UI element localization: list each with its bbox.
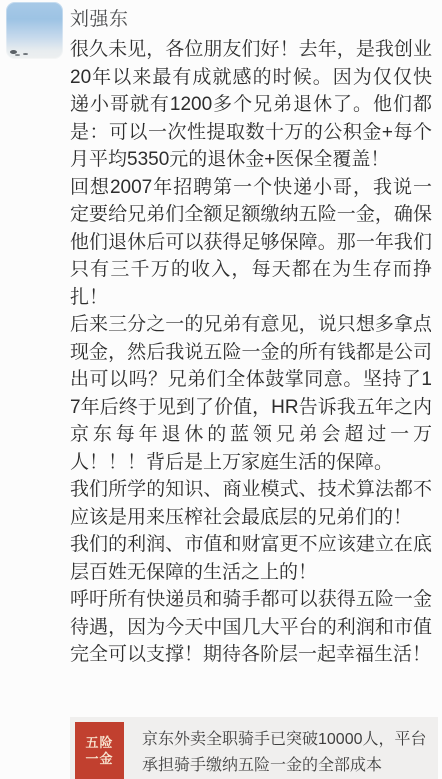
shared-link-card[interactable]: 五险 一金 京东外卖全职骑手已突破10000人，平台承担骑手缴纳五险一金的全部成… — [70, 717, 438, 779]
post-paragraph: 呼吁所有快递员和骑手都可以获得五险一金待遇，因为今天中国几大平台的利润和市值完全… — [70, 586, 432, 669]
post-paragraph: 我们的利润、市值和财富更不应该建立在底层百姓无保障的生活之上的！ — [70, 531, 432, 586]
post-body: 很久未见，各位朋友们好！去年，是我创业20年以来最有成就感的时候。因为仅仅快递小… — [70, 36, 432, 669]
link-card-title: 京东外卖全职骑手已突破10000人，平台承担骑手缴纳五险一金的全部成本 — [142, 727, 434, 779]
icon-text-line1: 五险 — [85, 735, 113, 751]
post-paragraph: 后来三分之一的兄弟有意见，说只想多拿点现金，然后我说五险一金的所有钱都是公司出可… — [70, 311, 432, 476]
post-paragraph: 回想2007年招聘第一个快递小哥，我说一定要给兄弟们全额足额缴纳五险一金，确保他… — [70, 174, 432, 312]
moments-post: 刘强东 很久未见，各位朋友们好！去年，是我创业20年以来最有成就感的时候。因为仅… — [0, 0, 442, 779]
author-name[interactable]: 刘强东 — [70, 8, 129, 32]
icon-text-line2: 一金 — [85, 751, 113, 767]
wuxian-yijin-icon: 五险 一金 — [75, 722, 124, 779]
post-paragraph: 很久未见，各位朋友们好！去年，是我创业20年以来最有成就感的时候。因为仅仅快递小… — [70, 36, 432, 174]
post-paragraph: 我们所学的知识、商业模式、技术算法都不应该是用来压榨社会最底层的兄弟们的！ — [70, 476, 432, 531]
avatar[interactable] — [6, 2, 63, 59]
